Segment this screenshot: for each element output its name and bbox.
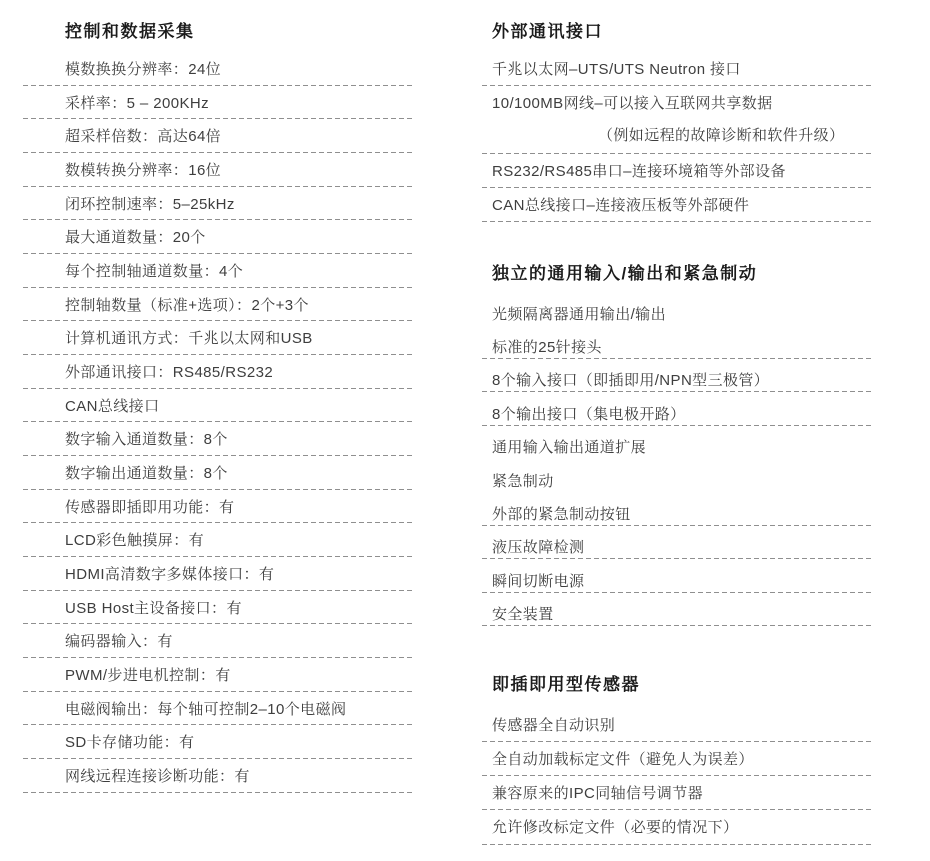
spec-row: 8个输入接口（即插即用/NPN型三极管） <box>482 363 872 396</box>
spec-row: 传感器全自动识别 <box>482 708 872 742</box>
spec-row: 计算机通讯方式：千兆以太网和USB <box>23 321 415 355</box>
spec-row: 8个输出接口（集电极开路） <box>482 397 872 430</box>
spec-text: 闭环控制速率：5–25kHz <box>65 196 235 213</box>
spec-row: 光频隔离器通用输出/输出 <box>482 297 872 330</box>
spec-text: 模数换换分辨率：24位 <box>65 61 221 78</box>
spec-text: 8个输出接口（集电极开路） <box>492 406 686 423</box>
spec-row: 兼容原来的IPC同轴信号调节器 <box>482 776 872 810</box>
spec-text: PWM/步进电机控制：有 <box>65 667 231 684</box>
spec-row: RS232/RS485串口–连接环境箱等外部设备 <box>482 154 872 188</box>
spec-row: 外部通讯接口：RS485/RS232 <box>23 355 415 389</box>
section-list-pnp-sensors: 传感器全自动识别 全自动加载标定文件（避免人为误差） 兼容原来的IPC同轴信号调… <box>482 708 872 845</box>
spec-row: 数模转换分辨率：16位 <box>23 153 415 187</box>
left-column-list: 模数换换分辨率：24位 采样率：5 – 200KHz 超采样倍数：高达64倍 数… <box>23 52 415 793</box>
spec-row: CAN总线接口 <box>23 389 415 423</box>
spec-row: 传感器即插即用功能：有 <box>23 490 415 524</box>
spec-text: 光频隔离器通用输出/输出 <box>492 306 666 323</box>
spec-text: 最大通道数量：20个 <box>65 229 206 246</box>
spec-text: 全自动加载标定文件（避免人为误差） <box>492 751 754 768</box>
spec-text: USB Host主设备接口：有 <box>65 600 242 617</box>
section-heading-pnp-sensors: 即插即用型传感器 <box>492 675 872 695</box>
spec-text: 网线远程连接诊断功能：有 <box>65 768 250 785</box>
spec-row: 最大通道数量：20个 <box>23 220 415 254</box>
spec-text: 标准的25针接头 <box>492 339 602 356</box>
spec-text: 超采样倍数：高达64倍 <box>65 128 221 145</box>
spec-text: 数字输出通道数量：8个 <box>65 465 228 482</box>
spec-text: 每个控制轴通道数量：4个 <box>65 263 243 280</box>
spec-text: 安全装置 <box>492 606 554 623</box>
spec-row: 千兆以太网–UTS/UTS Neutron 接口 <box>482 52 872 86</box>
spec-text: 控制轴数量（标准+选项）：2个+3个 <box>65 297 309 314</box>
spec-text-continuation: （例如远程的故障诊断和软件升级） <box>492 128 872 143</box>
spec-text: SD卡存储功能：有 <box>65 734 194 751</box>
spec-text: 数字输入通道数量：8个 <box>65 431 228 448</box>
section-heading-gpio-estop: 独立的通用输入/输出和紧急制动 <box>492 264 872 284</box>
spec-text: 通用输入输出通道扩展 <box>492 439 646 456</box>
spec-text: 电磁阀输出：每个轴可控制2–10个电磁阀 <box>65 701 346 718</box>
spec-row: 网线远程连接诊断功能：有 <box>23 759 415 793</box>
spec-row: 电磁阀输出：每个轴可控制2–10个电磁阀 <box>23 692 415 726</box>
spec-row: 全自动加载标定文件（避免人为误差） <box>482 742 872 776</box>
section-list-gpio-estop: 光频隔离器通用输出/输出 标准的25针接头 8个输入接口（即插即用/NPN型三极… <box>482 297 872 631</box>
spec-text: 传感器即插即用功能：有 <box>65 499 234 516</box>
spec-row: PWM/步进电机控制：有 <box>23 658 415 692</box>
spec-text: 8个输入接口（即插即用/NPN型三极管） <box>492 372 769 389</box>
section-list-external-comm: 千兆以太网–UTS/UTS Neutron 接口 10/100MB网线–可以接入… <box>482 52 872 222</box>
spec-row: 采样率：5 – 200KHz <box>23 86 415 120</box>
spec-row: 每个控制轴通道数量：4个 <box>23 254 415 288</box>
spec-text: CAN总线接口 <box>65 398 159 415</box>
spec-row: SD卡存储功能：有 <box>23 725 415 759</box>
spec-text: 采样率：5 – 200KHz <box>65 95 209 112</box>
spec-row: 数字输入通道数量：8个 <box>23 422 415 456</box>
left-column: 控制和数据采集 模数换换分辨率：24位 采样率：5 – 200KHz 超采样倍数… <box>23 0 415 793</box>
spec-row: 通用输入输出通道扩展 <box>482 430 872 463</box>
spec-text: 外部的紧急制动按钮 <box>492 506 631 523</box>
spec-text: 液压故障检测 <box>492 539 584 556</box>
spec-row: 闭环控制速率：5–25kHz <box>23 187 415 221</box>
spec-row: USB Host主设备接口：有 <box>23 591 415 625</box>
spec-text: 数模转换分辨率：16位 <box>65 162 221 179</box>
spec-row: 瞬间切断电源 <box>482 564 872 597</box>
spec-row: 标准的25针接头 <box>482 330 872 363</box>
spec-row: 液压故障检测 <box>482 530 872 563</box>
spec-row: HDMI高清数字多媒体接口：有 <box>23 557 415 591</box>
right-column: 外部通讯接口 千兆以太网–UTS/UTS Neutron 接口 10/100MB… <box>482 0 872 845</box>
section-heading-external-comm: 外部通讯接口 <box>492 22 872 42</box>
spec-text: 10/100MB网线–可以接入互联网共享数据 <box>492 95 773 112</box>
spec-sheet-page: 控制和数据采集 模数换换分辨率：24位 采样率：5 – 200KHz 超采样倍数… <box>0 0 930 861</box>
spec-text: CAN总线接口–连接液压板等外部硬件 <box>492 197 749 214</box>
spec-text: 计算机通讯方式：千兆以太网和USB <box>65 330 313 347</box>
spec-text: 千兆以太网–UTS/UTS Neutron 接口 <box>492 61 741 78</box>
spec-text: 传感器全自动识别 <box>492 717 615 734</box>
spec-text: 外部通讯接口：RS485/RS232 <box>65 364 273 381</box>
spec-text: 编码器输入：有 <box>65 633 173 650</box>
spec-row: 安全装置 <box>482 597 872 630</box>
spec-row: 控制轴数量（标准+选项）：2个+3个 <box>23 288 415 322</box>
spec-text: 瞬间切断电源 <box>492 573 584 590</box>
spec-text: 允许修改标定文件（必要的情况下） <box>492 819 738 836</box>
spec-row: 10/100MB网线–可以接入互联网共享数据 （例如远程的故障诊断和软件升级） <box>482 86 872 155</box>
spec-row: CAN总线接口–连接液压板等外部硬件 <box>482 188 872 222</box>
spec-row: LCD彩色触摸屏：有 <box>23 523 415 557</box>
spec-row: 编码器输入：有 <box>23 624 415 658</box>
spec-text: 兼容原来的IPC同轴信号调节器 <box>492 785 703 802</box>
spec-row: 超采样倍数：高达64倍 <box>23 119 415 153</box>
spec-row: 数字输出通道数量：8个 <box>23 456 415 490</box>
spec-row: 外部的紧急制动按钮 <box>482 497 872 530</box>
spec-text: 紧急制动 <box>492 473 554 490</box>
spec-row: 模数换换分辨率：24位 <box>23 52 415 86</box>
spec-text: LCD彩色触摸屏：有 <box>65 532 204 549</box>
spec-row: 允许修改标定文件（必要的情况下） <box>482 810 872 844</box>
left-column-heading: 控制和数据采集 <box>65 22 415 42</box>
spec-row: 紧急制动 <box>482 464 872 497</box>
spec-text: HDMI高清数字多媒体接口：有 <box>65 566 274 583</box>
spec-text: RS232/RS485串口–连接环境箱等外部设备 <box>492 163 786 180</box>
